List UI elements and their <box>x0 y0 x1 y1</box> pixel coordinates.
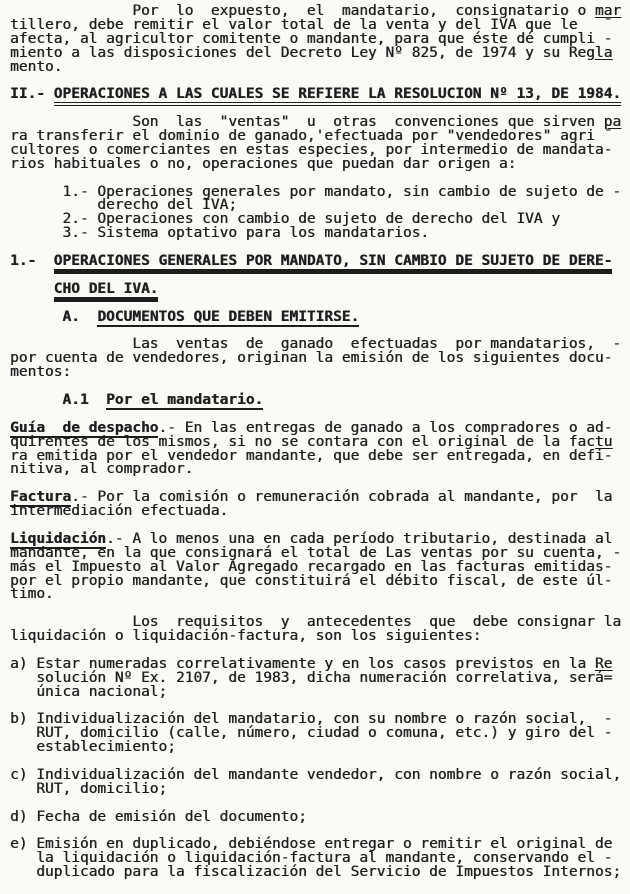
text-segment: 3.- Sistema optativo para los mandatario… <box>10 225 429 241</box>
text-line: mentos: <box>10 366 630 380</box>
section-heading-1-cont: CHO DEL IVA. <box>10 283 630 297</box>
subsection-heading-a1: A.1 Por el mandatario. <box>10 394 630 408</box>
text-line: mento. <box>10 61 630 75</box>
text-line: nitiva, al comprador. <box>10 463 630 477</box>
section-heading-ii: II.- OPERACIONES A LAS CUALES SE REFIERE… <box>10 88 630 102</box>
text-segment: duplicado para la fiscalización del Serv… <box>10 864 621 880</box>
emphasized-text: la <box>595 45 612 61</box>
emphasized-text: CHO DEL IVA. <box>54 281 159 302</box>
text-segment: intermediación efectuada. <box>10 503 228 519</box>
text-segment: liquidación o liquidación-factura, son l… <box>10 628 481 644</box>
section-heading-1: 1.- OPERACIONES GENERALES POR MANDATO, S… <box>10 255 630 269</box>
text-line: timo. <box>10 588 630 602</box>
list-item-d: d) Fecha de emisión del documento; <box>10 811 630 825</box>
document-page: Por lo expuesto, el mandatario, consigna… <box>0 0 630 894</box>
emphasized-text: Por el mandatario. <box>106 392 263 410</box>
text-segment: única nacional; <box>10 684 167 700</box>
text-segment: establecimiento; <box>10 739 176 755</box>
emphasized-text: A.1 <box>62 392 88 408</box>
text-line: RUT, domicilio; <box>10 783 630 797</box>
text-segment: por cuenta de vendedores, originan la em… <box>10 350 612 366</box>
text-segment: mento. <box>10 59 62 75</box>
text-segment <box>80 309 97 325</box>
emphasized-text: OPERACIONES GENERALES POR MANDATO, SIN C… <box>54 253 613 274</box>
text-segment <box>89 392 106 408</box>
text-segment <box>10 309 62 325</box>
text-line: duplicado para la fiscalización del Serv… <box>10 866 630 880</box>
text-segment: miento a las disposiciones del Decreto L… <box>10 45 595 61</box>
text-line: por el propio mandante, que constituirá … <box>10 575 630 589</box>
text-line: intermediación efectuada. <box>10 505 630 519</box>
text-segment: rios habituales o no, operaciones que pu… <box>10 156 516 172</box>
text-segment <box>10 281 54 297</box>
text-line: única nacional; <box>10 686 630 700</box>
text-segment: RUT, domicilio; <box>10 781 167 797</box>
text-segment: nitiva, al comprador. <box>10 461 193 477</box>
text-segment: por el propio mandante, que constituirá … <box>10 573 612 589</box>
emphasized-text: OPERACIONES A LAS CUALES SE REFIERE LA R… <box>54 86 621 106</box>
emphasized-text: II.- <box>10 86 54 102</box>
text-line: liquidación o liquidación-factura, son l… <box>10 630 630 644</box>
emphasized-text: A. <box>62 309 79 325</box>
text-segment: d) Fecha de emisión del documento; <box>10 809 307 825</box>
text-segment: timo. <box>10 586 54 602</box>
subsection-heading-a: A. DOCUMENTOS QUE DEBEN EMITIRSE. <box>10 311 630 325</box>
text-segment <box>10 392 62 408</box>
emphasized-text: 1.- <box>10 253 54 269</box>
text-line: por cuenta de vendedores, originan la em… <box>10 352 630 366</box>
text-line: establecimiento; <box>10 741 630 755</box>
list-item-3: 3.- Sistema optativo para los mandatario… <box>10 227 630 241</box>
emphasized-text: DOCUMENTOS QUE DEBEN EMITIRSE. <box>97 309 359 327</box>
text-segment: mentos: <box>10 364 71 380</box>
text-line: rios habituales o no, operaciones que pu… <box>10 158 630 172</box>
text-line: miento a las disposiciones del Decreto L… <box>10 47 630 61</box>
